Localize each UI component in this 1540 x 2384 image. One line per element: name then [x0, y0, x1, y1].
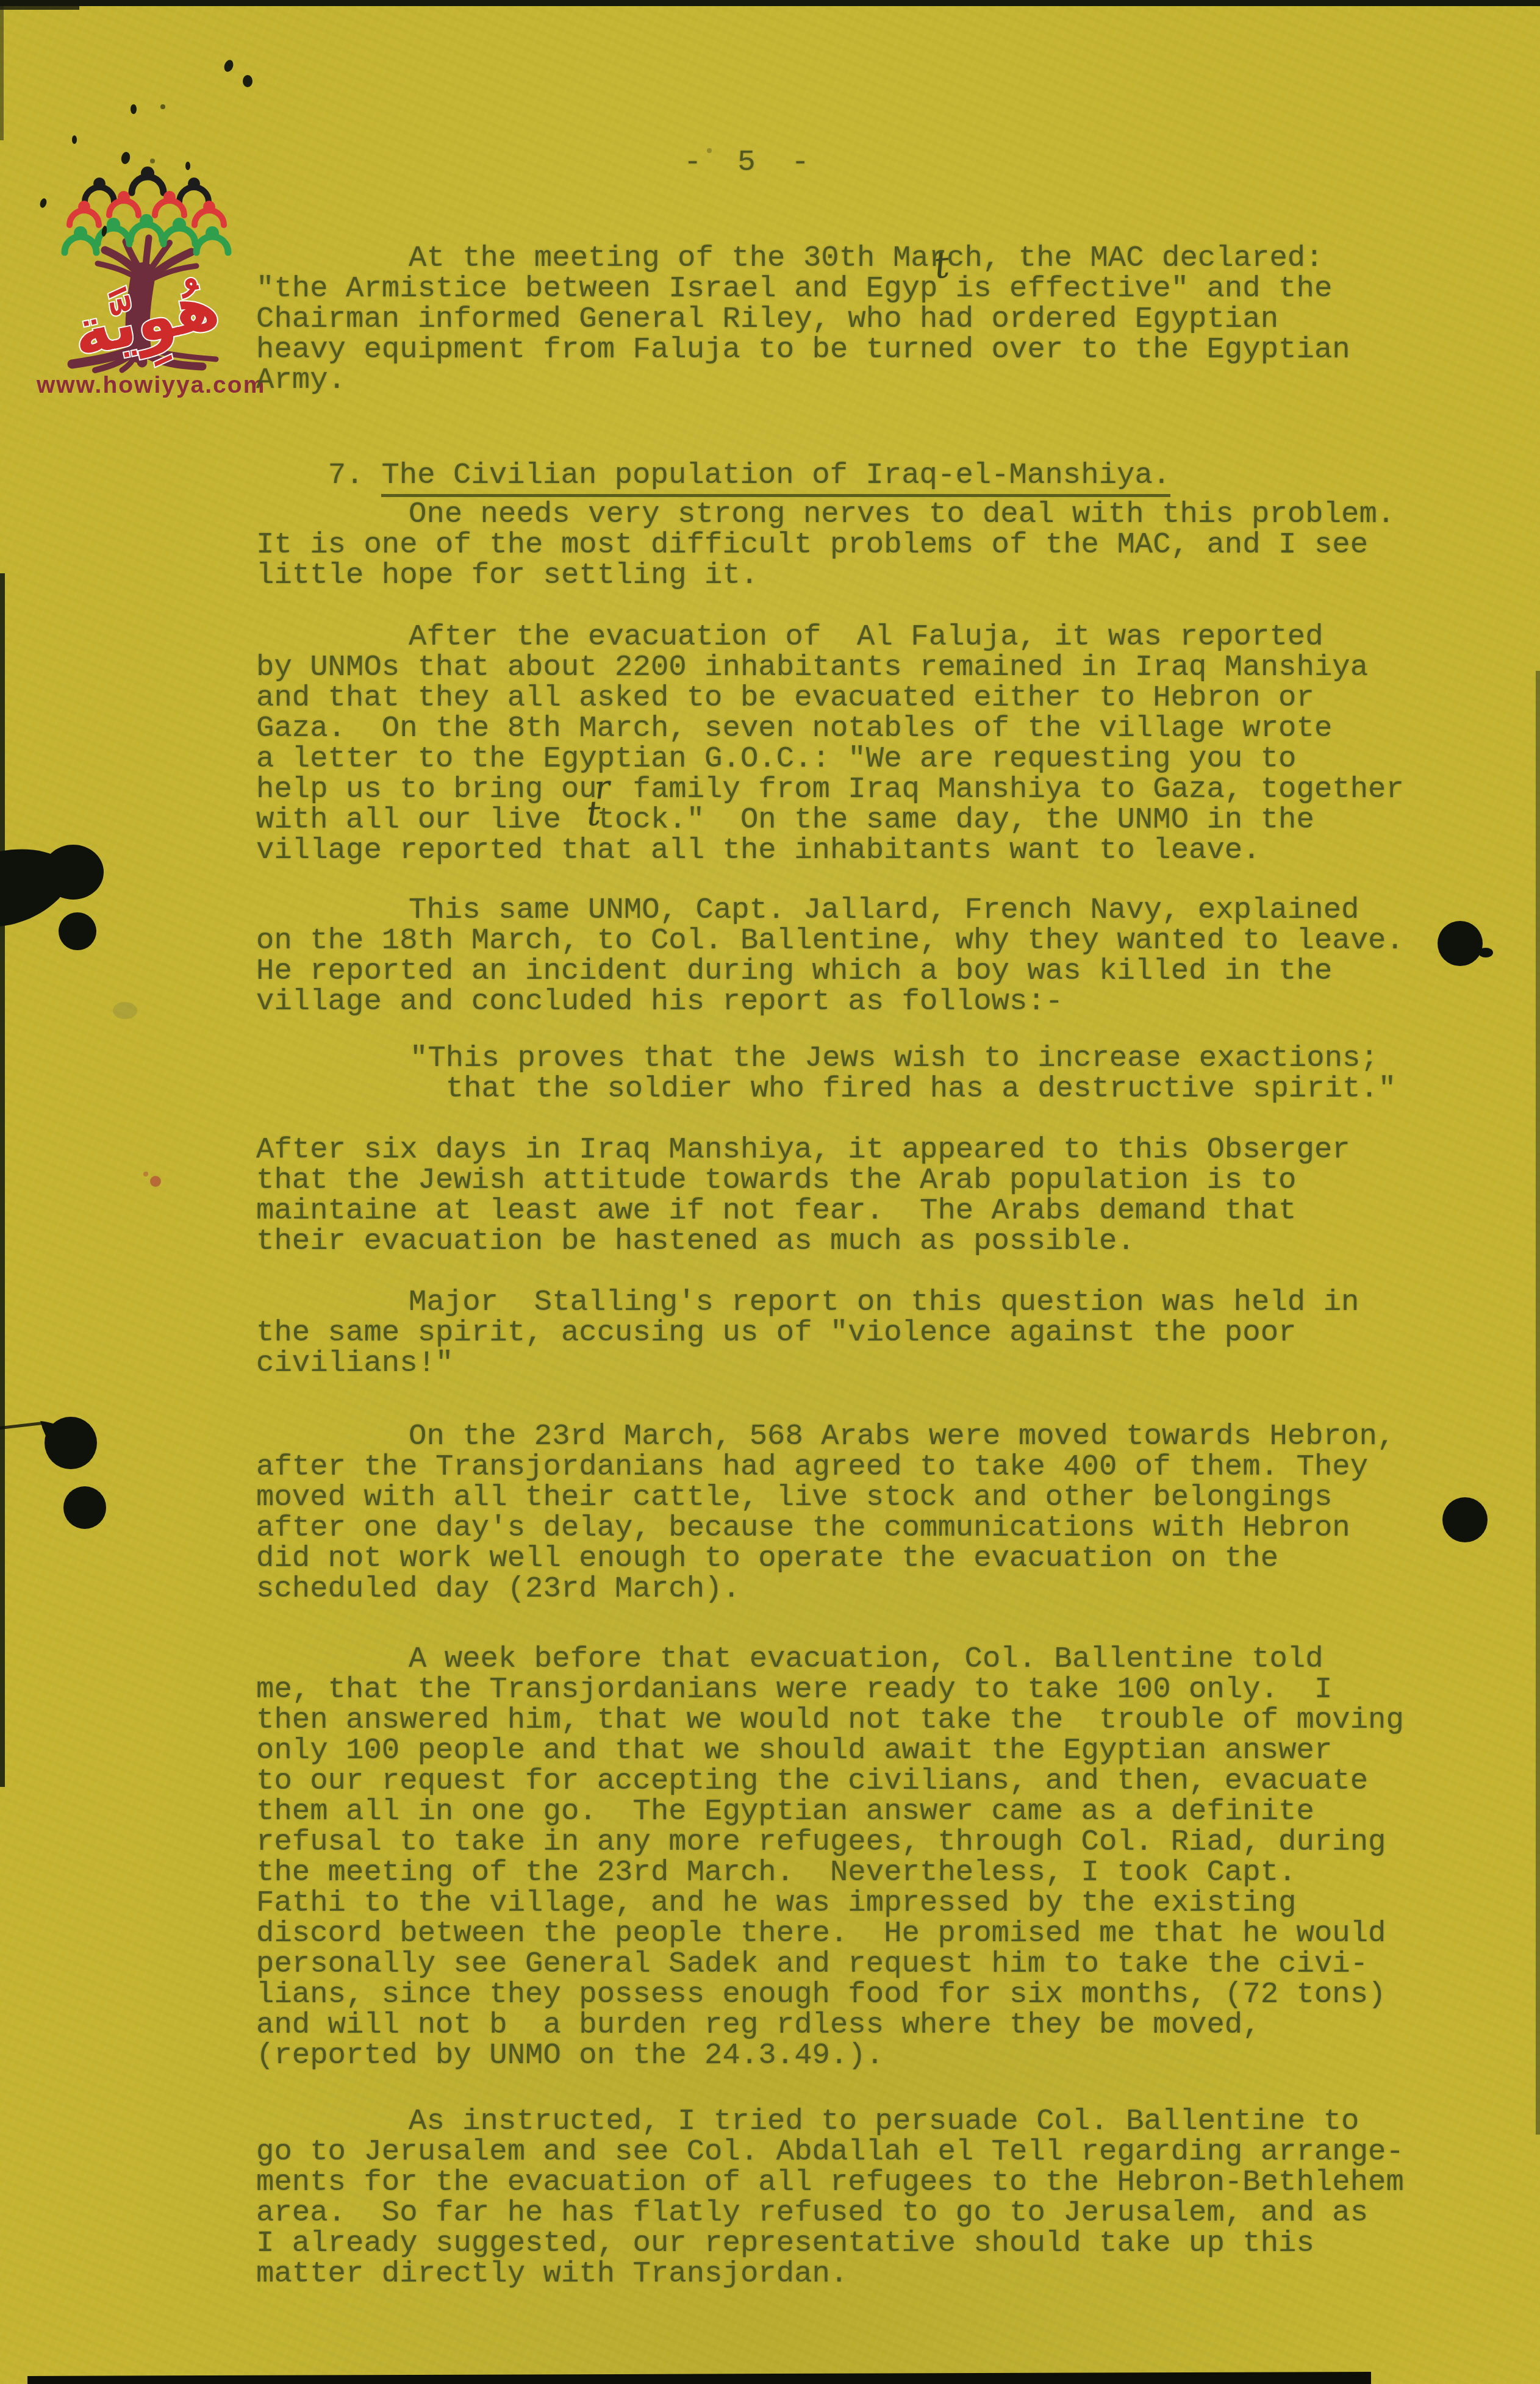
scanned-document-page: هُوِيَّة www.howiyya.com - 5 - At the me…: [0, 0, 1540, 2384]
bottom-edge-shadow: [27, 2372, 1371, 2384]
scan-artifacts-overlay: [0, 0, 1540, 2384]
faint-marks: [113, 148, 712, 1187]
ink-blob-left-2: [0, 1417, 106, 1529]
right-edge-shadow: [1536, 671, 1540, 2135]
ink-dot-right-1: [1438, 921, 1493, 966]
ink-specks: [39, 59, 252, 237]
ink-dot-right-2: [1442, 1497, 1488, 1542]
ink-blob-left: [0, 845, 104, 950]
top-edge-shadow: [0, 0, 1540, 6]
left-edge-shadow: [0, 573, 5, 1787]
